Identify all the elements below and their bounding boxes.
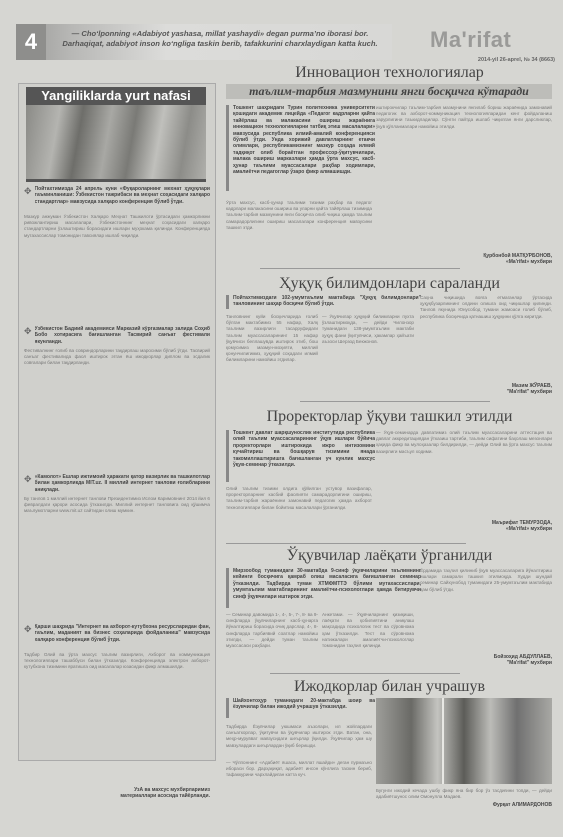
article-1-signature: Қурбонбой МАТҚУРБОНОВ, «Ma'rifat» мухбир… [376,253,552,266]
article-2-lead: Пойтахтимиздаги 102-умумтаълим мактабида… [226,295,421,309]
divider [300,401,490,402]
flower-bullet-icon: ✥ [24,326,32,346]
author-role: «Ma'rifat» мухбири [376,526,552,532]
author-role: "Ma'rifat" мухбири [420,389,552,395]
article-1-body-col2: иштирокчилар таълим-тарбия мазмунини янг… [376,105,552,251]
article-3-title: Проректорлар ўқуви ташкил этилди [222,408,557,426]
newspaper-brand: Ma'rifat [430,27,511,53]
news-item-body: Тадбир Олий ва ўрта махсус таълим вазирл… [24,652,210,752]
news-digest-signature: УзА ва махсус мухбирларимиз материаллари… [24,787,210,800]
article-1-title: Инновацион технологиялар [222,64,557,82]
article-3-body-col1: Олий таълим тизими олдига қўйилган устув… [226,486,372,530]
article-5-photo-caption: Бугунги ижодий кечада ушбу фикр яна бир … [376,788,552,802]
article-3-body-col2: — Ўқув-семинарда давлатимиз олий таълим … [376,430,552,496]
news-item-body: Фестивалнинг ғолиб ва совриндорларини та… [24,348,210,468]
author-role: «Ma'rifat» мухбири [376,259,552,265]
article-1-lead: Тошкент шаҳридаги Турин политехника унив… [226,105,375,191]
article-5-title: Ижодкорлар билан учрашув [222,678,557,696]
signature-line-2: материаллари асосида тайёрланди. [24,793,210,799]
article-4-body-col1: — Семинар давомида 1-, 4-, 5-, 7-, 8- ва… [226,612,318,668]
flower-bullet-icon: ✥ [24,624,32,650]
flower-bullet-icon: ✥ [24,474,32,494]
article-5-lead: Шайхонтоҳур туманидаги 20-мактабда шоир … [226,698,375,718]
article-1-body-col1: Ўрта махсус, касб-ҳунар таълими тизими р… [226,200,372,256]
header-quote: — Cho‘lponning «Adabiyot yashasa, millat… [50,29,390,49]
author-role: "Ma'rifat" мухбири [420,660,552,666]
news-digest-title: Yangiliklarda yurt nafasi [26,87,206,105]
article-5-signature: Фурқат АЛИМАРДОНОВ [376,802,552,808]
article-5-photo-students [376,698,552,784]
news-item-lead: Ўзбекистон Бадиий академияси Марказий кў… [35,326,210,346]
header-quote-line-1: — Cho‘lponning «Adabiyot yashasa, millat… [50,29,390,39]
divider [226,543,466,544]
article-4-signature: Бойзоҳид АБДУЛЛАЕВ, "Ma'rifat" мухбири [420,654,552,667]
news-item-body: Мазкур анжуман Ўзбекистон Халқаро Меҳнат… [24,214,210,304]
issue-date: 2014-yil 26-aprel, № 34 (8663) [430,57,555,63]
photo-divider [442,698,444,784]
news-item-4: ✥ Қарши шаҳрида "Интернет ва ахборот-кут… [24,624,210,752]
divider [260,268,460,269]
news-item-2: ✥ Ўзбекистон Бадиий академияси Марказий … [24,326,210,468]
article-4-body-col3: Ёрдамида таҳлил қилиниб ўқув муассасалар… [420,568,552,646]
page-number: 4 [16,24,46,60]
article-2-body-col1: Танловнинг куйи босқичларида ғолиб бўлга… [226,314,318,392]
news-digest-photo-collage [26,105,206,182]
article-3-lead: Тошкент давлат шарқшунослик институтида … [226,430,375,482]
news-item-lead: Қарши шаҳрида "Интернет ва ахборот-кутуб… [35,624,210,650]
header-quote-line-2: Darhaqiqat, adabiyot inson ko‘ngliga tas… [50,39,390,49]
article-4-title: Ўқувчилар лаёқати ўрганилди [222,547,557,565]
article-4-lead: Мирзообод туманидаги 30-мактабда 9-синф … [226,568,421,608]
article-2-title: Ҳуқуқ билимдонлари сараланди [222,275,557,293]
article-2-body-col3: Саҳна чиқишида вояга етмаганлар ўртасида… [420,295,552,381]
news-item-1: ✥ Пойтахтимизда 24 апрель куни «Фуқарола… [24,186,210,304]
article-2-signature: Мазим ЖЎРАЕВ, "Ma'rifat" мухбири [420,383,552,396]
article-2-body-col2: — Ўқувчилар ҳуқуқий билимларни пухта ўзл… [322,314,414,392]
flower-bullet-icon: ✥ [24,186,32,212]
news-item-3: ✥ «Камолот» Ёшлар ижтимоий ҳаракати қато… [24,474,210,616]
article-4-body-col2: Анкетами. — Ўқувчиларнинг қизиқиши, лаёқ… [322,612,414,668]
news-item-lead: «Камолот» Ёшлар ижтимоий ҳаракати қатор … [35,474,210,494]
article-3-signature: Маърифат ТЕМУРЗОДА, «Ma'rifat» мухбири [376,520,552,533]
article-5-body-2: — Чўлпоннинг «Адабиёт яшаса, миллат яшай… [226,760,372,790]
article-5-body-1: Тадбирда Ёзувчилар уюшмаси аъзолари, ил … [226,724,372,756]
divider [270,673,460,674]
news-item-body: Бу танлов 1 миллий интернет танлови През… [24,496,210,616]
article-1-subtitle: таълим-тарбия мазмунини янги босқичга кў… [226,84,552,99]
news-item-lead: Пойтахтимизда 24 апрель куни «Фуқароларн… [35,186,210,212]
